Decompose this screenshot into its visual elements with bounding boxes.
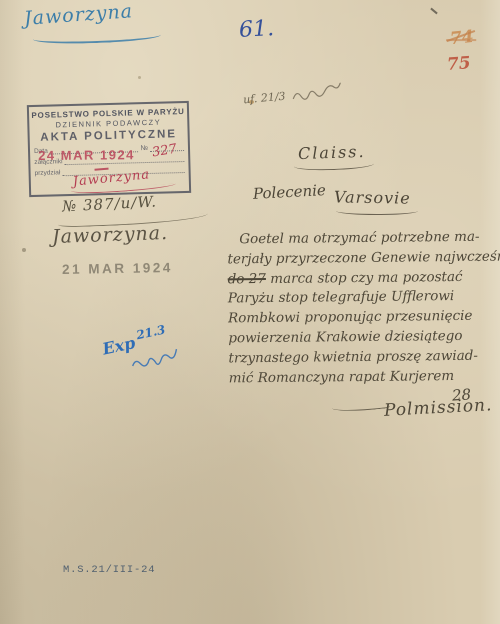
case-name-handwritten: Jaworzyna.: [52, 222, 169, 248]
stamp-assignment-label: przydział: [35, 169, 61, 177]
received-date-stamp: 24 MAR 1924: [38, 147, 135, 163]
pencil-annotation-text: uf. 21/3: [243, 90, 286, 107]
old-page-number-struck: 74: [449, 27, 475, 49]
paper-stain: [22, 248, 26, 252]
telegram-signature: Polmission.: [384, 395, 493, 421]
signature-flourish: [332, 401, 390, 414]
registry-stamp: POSELSTWO POLSKIE W PARYŻU DZIENNIK PODA…: [27, 101, 191, 197]
telegram-line: terjały przyrzeczone Genewie najwcześnie…: [227, 247, 495, 270]
date-stamp: 21 MAR 1924: [62, 260, 173, 277]
telegram-line: do 27 marca stop czy ma pozostać: [228, 267, 496, 290]
folio-number: 61.: [238, 16, 274, 43]
document-page: Jaworzyna 61. 74 75 uf. 21/3 POSELSTWO P…: [0, 0, 500, 624]
telegram-line-rest: marca stop czy ma pozostać: [270, 269, 462, 287]
dispatch-note-text: Exp: [101, 333, 137, 358]
telegram-addressee: Claiss.: [298, 142, 366, 163]
telegram-line: trzynastego kwietnia proszę zawiad-: [228, 346, 496, 369]
new-page-number: 75: [446, 53, 471, 75]
underline-stroke: [33, 34, 161, 45]
paper-mark: [430, 8, 437, 15]
telegram-body: Goetel ma otrzymać potrzebne ma- terjały…: [227, 228, 497, 389]
dispatch-date: 21.3: [135, 323, 167, 343]
reference-number: № 387/u/W.: [62, 193, 158, 216]
telegram-line: Rombkowi proponując przesunięcie: [228, 307, 496, 330]
telegram-line: Goetel ma otrzymać potrzebne ma-: [227, 228, 495, 251]
struck-words: do 27: [228, 271, 266, 287]
form-reference: M.S.21/III-24: [63, 564, 155, 576]
underline-stroke: [336, 210, 418, 215]
pencil-annotation: uf. 21/3: [242, 83, 343, 110]
telegram-routing-word: Polecenie: [253, 181, 327, 203]
paper-stain: [138, 76, 141, 79]
telegram-line: powierzenia Krakowie dziesiątego: [228, 327, 496, 350]
telegram-destination: Varsovie: [334, 187, 411, 207]
stamp-number-label: №: [140, 145, 148, 152]
telegram-line: Paryżu stop telegrafuje Ufflerowi: [228, 287, 496, 310]
underline-stroke: [294, 163, 374, 172]
illegible-scribble: [290, 83, 343, 105]
routing-name-handwritten: Jaworzyna: [23, 0, 133, 30]
